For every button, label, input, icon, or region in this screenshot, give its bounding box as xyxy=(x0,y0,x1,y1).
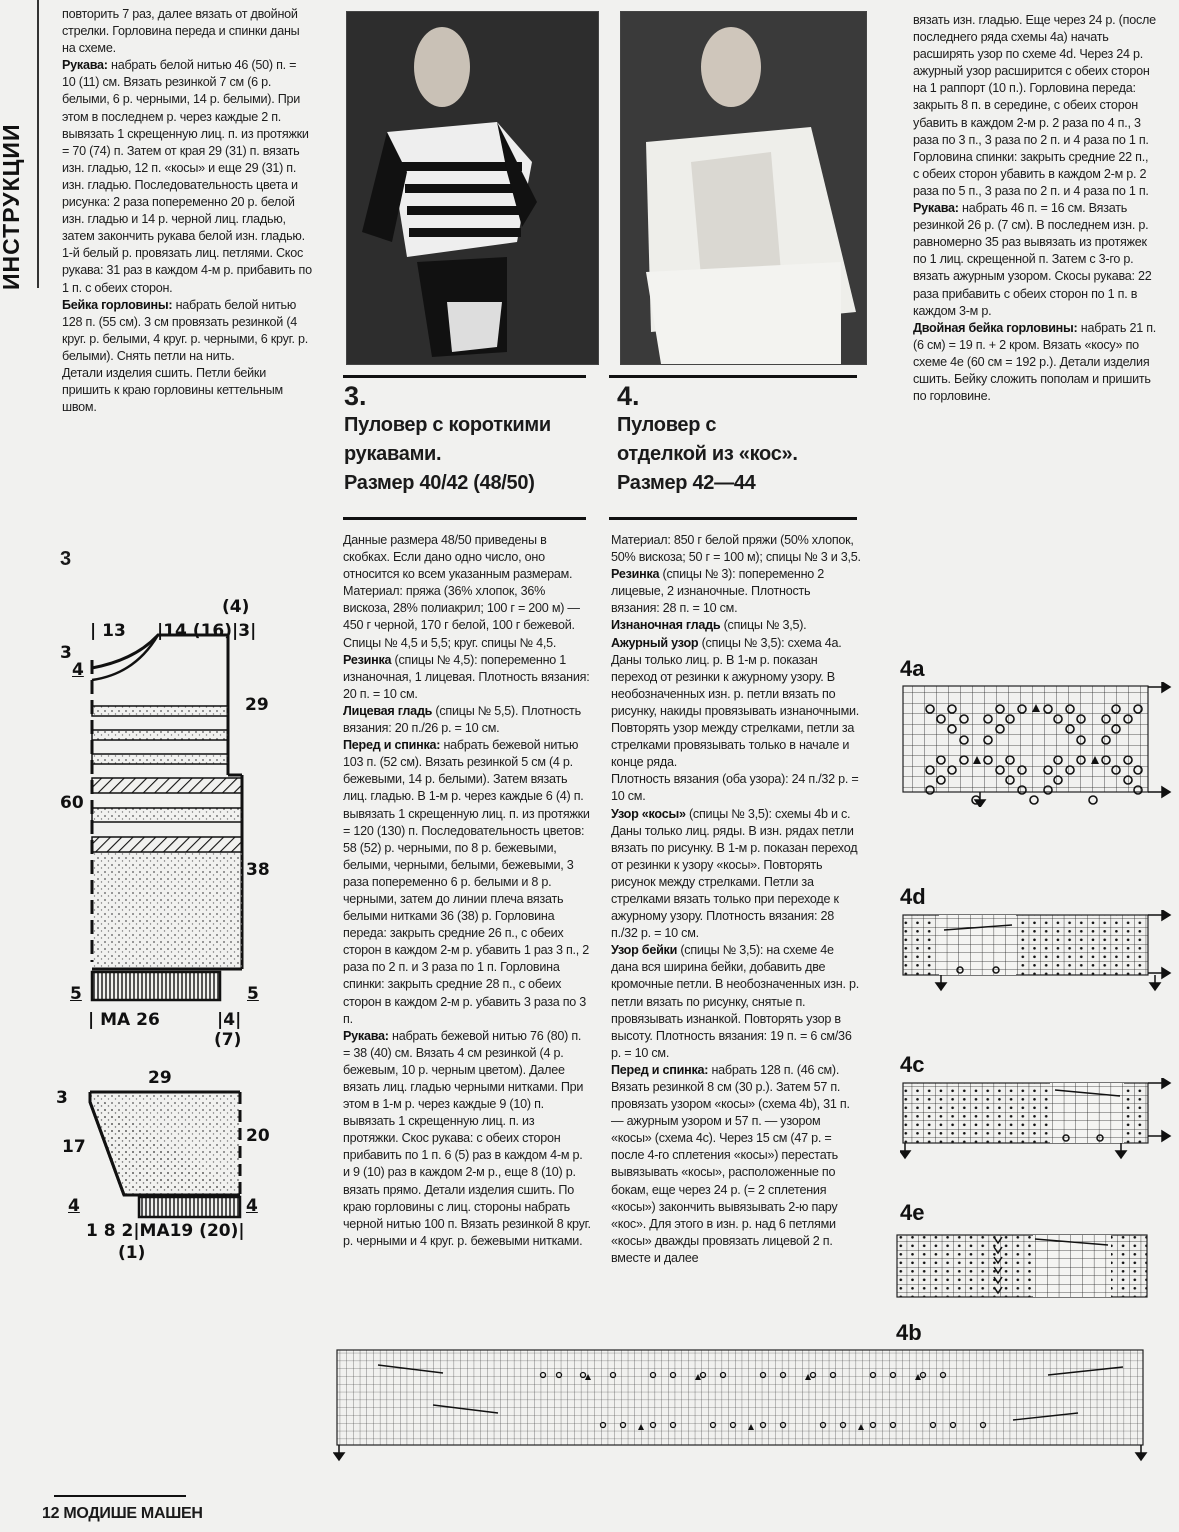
paragraph: Детали изделия сшить. Петли бейки пришит… xyxy=(62,365,312,416)
chart-4e-label: 4e xyxy=(900,1200,924,1226)
paragraph: Двойная бейка горловины: набрать 21 п. (… xyxy=(913,320,1157,405)
dim-sleeve-20: 20 xyxy=(246,1126,270,1146)
chart-4a-grid xyxy=(900,682,1175,807)
paragraph: Данные размера 48/50 приведены в скобках… xyxy=(343,532,591,652)
section-label: ИНСТРУКЦИИ xyxy=(0,124,25,290)
dim-sleeve-top: 29 xyxy=(148,1068,172,1088)
model-3-heading: 3. Пуловер с короткими рукавами. Размер … xyxy=(344,381,551,498)
paragraph: Резинка (спицы № 3): попеременно 2 лицев… xyxy=(611,566,861,617)
dim-sleeve-bottom: 1 8 2|MA19 (20)| xyxy=(86,1221,245,1241)
dim-shoulder: | 13 xyxy=(90,621,126,641)
chart-4d-label: 4d xyxy=(900,884,926,910)
paragraph: Бейка горловины: набрать белой нитью 128… xyxy=(62,297,312,365)
model-3-photo xyxy=(346,11,599,365)
paragraph: Материал: 850 г белой пряжи (50% хлопок,… xyxy=(611,532,861,566)
heading-rule-bottom xyxy=(343,517,586,520)
magazine-name: МОДИШЕ МАШЕН xyxy=(63,1505,202,1522)
paragraph: Узор бейки (спицы № 3,5): на схеме 4е да… xyxy=(611,942,861,1062)
paragraph: вязать изн. гладью. Еще через 24 р. (пос… xyxy=(913,12,1157,200)
pattern-label: 3 xyxy=(60,548,71,571)
dim-60: 60 xyxy=(60,793,84,813)
dim-bottom-right-alt: (7) xyxy=(214,1030,241,1050)
model-4-number: 4. xyxy=(617,381,798,411)
model-4-size: Размер 42—44 xyxy=(617,469,798,498)
model-4-heading: 4. Пуловер с отделкой из «кос». Размер 4… xyxy=(617,381,798,498)
chart-4b-label: 4b xyxy=(896,1320,922,1346)
dim-sleeve-3: 3 xyxy=(56,1088,68,1108)
chart-4c-grid xyxy=(900,1078,1175,1163)
model-3-size: Размер 40/42 (48/50) xyxy=(344,469,551,498)
dim-neck: |14 (16)|3| xyxy=(157,621,256,641)
model-4-title-line1: Пуловер с xyxy=(617,411,798,440)
photo-illustration-striped-pullover xyxy=(347,12,598,364)
model-3-number: 3. xyxy=(344,381,551,411)
dim-ma26: | MA 26 xyxy=(88,1010,160,1030)
page-footer: 12 МОДИШЕ МАШЕН xyxy=(42,1505,203,1523)
dim-bottom-right: |4| xyxy=(217,1010,241,1030)
chart-4d-grid xyxy=(900,910,1175,995)
dim-neck-alt: (4) xyxy=(222,597,249,617)
dim-sleeve-17: 17 xyxy=(62,1137,86,1157)
paragraph: Рукава: набрать белой нитью 46 (50) п. =… xyxy=(62,57,312,296)
dim-38: 38 xyxy=(246,860,270,880)
dim-right-5: 5 xyxy=(247,984,259,1004)
dim-left-5: 5 xyxy=(70,984,82,1004)
model-3-title-line1: Пуловер с короткими xyxy=(344,411,551,440)
chart-4a-label: 4a xyxy=(900,656,924,682)
dim-sleeve-right-4: 4 xyxy=(246,1196,258,1216)
dim-sleeve-left-4: 4 xyxy=(68,1196,80,1216)
model-4-photo xyxy=(620,11,867,365)
model-3-instructions: Данные размера 48/50 приведены в скобках… xyxy=(343,532,591,1250)
chart-4e-grid xyxy=(895,1233,1150,1303)
pattern-3-schematic xyxy=(40,590,300,1280)
dim-left-4: 4 xyxy=(72,660,84,680)
photo-illustration-white-pullover xyxy=(621,12,866,364)
model-4-title-line2: отделкой из «кос». xyxy=(617,440,798,469)
column-4-text: вязать изн. гладью. Еще через 24 р. (пос… xyxy=(913,12,1157,405)
dim-29: 29 xyxy=(245,695,269,715)
column-1-text: повторить 7 раз, далее вязать от двойной… xyxy=(62,6,312,416)
paragraph: Рукава: набрать бежевой нитью 76 (80) п.… xyxy=(343,1028,591,1250)
side-divider xyxy=(37,0,39,288)
dim-left-3: 3 xyxy=(60,643,72,663)
page-number: 12 xyxy=(42,1505,59,1522)
paragraph: Перед и спинка: набрать бежевой нитью 10… xyxy=(343,737,591,1028)
paragraph: Лицевая гладь (спицы № 5,5). Плотность в… xyxy=(343,703,591,737)
chart-4c-label: 4c xyxy=(900,1052,924,1078)
heading-rule-top xyxy=(343,375,586,378)
chart-4b-grid xyxy=(333,1345,1153,1465)
paragraph: Изнаночная гладь (спицы № 3,5). xyxy=(611,617,861,634)
paragraph: Рукава: набрать 46 п. = 16 см. Вязать ре… xyxy=(913,200,1157,320)
paragraph: Узор «косы» (спицы № 3,5): схемы 4b и с.… xyxy=(611,806,861,943)
paragraph: Резинка (спицы № 4,5): попеременно 1 изн… xyxy=(343,652,591,703)
paragraph: Ажурный узор (спицы № 3,5): схема 4а. Да… xyxy=(611,635,861,772)
heading-rule-top xyxy=(609,375,857,378)
dim-sleeve-bottom-alt: (1) xyxy=(118,1243,145,1263)
paragraph: Перед и спинка: набрать 128 п. (46 см). … xyxy=(611,1062,861,1267)
heading-rule-bottom xyxy=(609,517,857,520)
paragraph: Плотность вязания (оба узора): 24 п./32 … xyxy=(611,771,861,805)
model-4-instructions: Материал: 850 г белой пряжи (50% хлопок,… xyxy=(611,532,861,1267)
model-3-title-line2: рукавами. xyxy=(344,440,551,469)
paragraph: повторить 7 раз, далее вязать от двойной… xyxy=(62,6,312,57)
footer-rule xyxy=(54,1495,186,1497)
